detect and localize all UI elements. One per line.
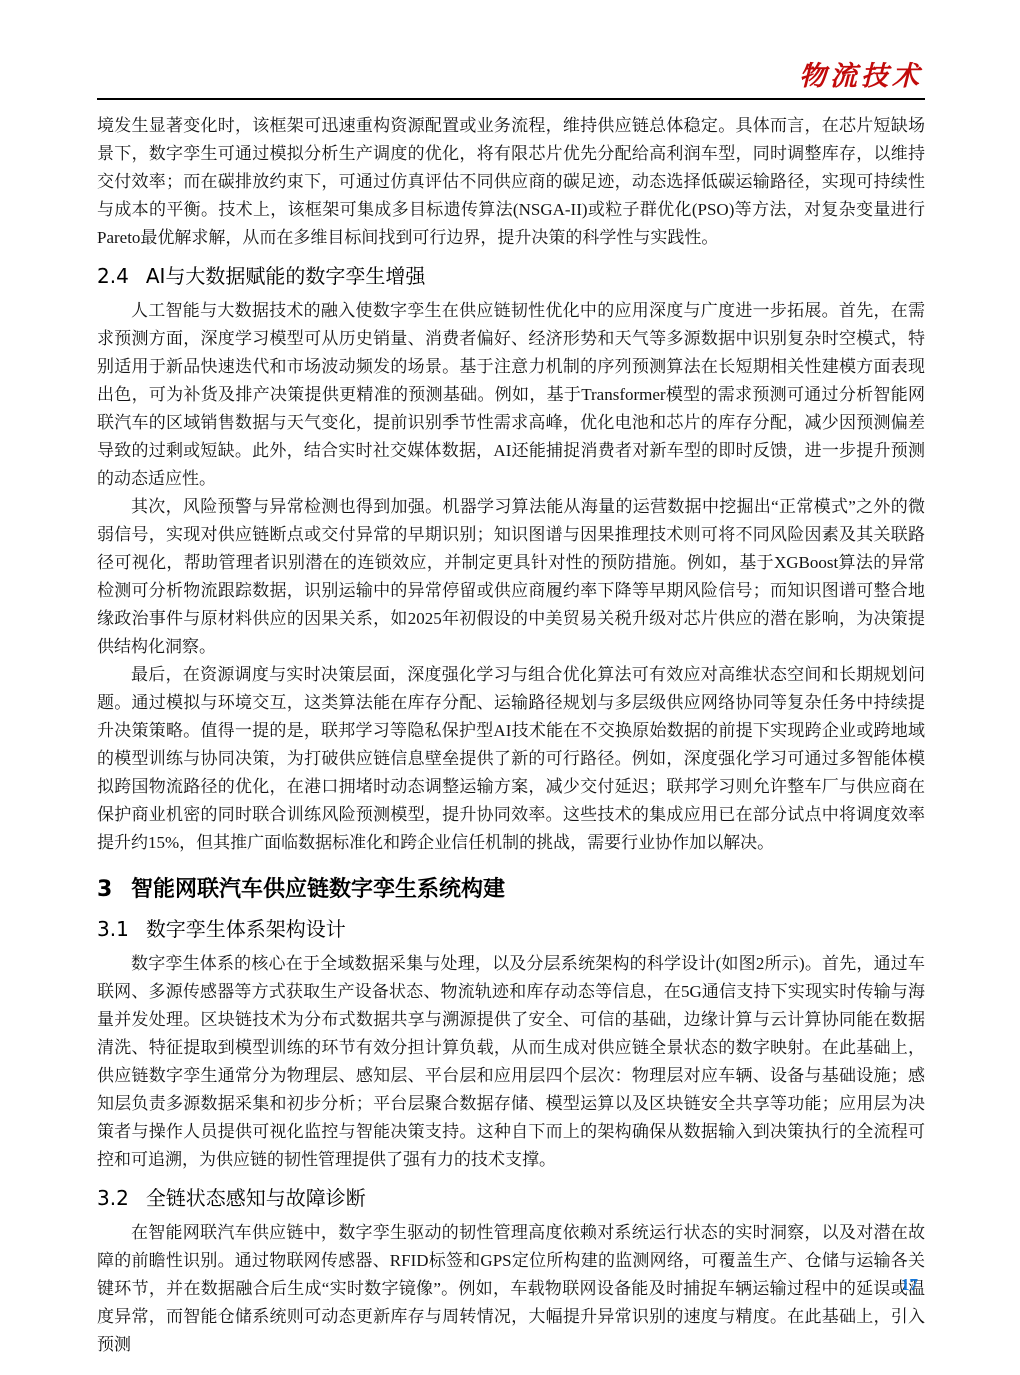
- journal-masthead-title: 物流技术: [97, 62, 925, 92]
- section-number: 3: [97, 877, 112, 902]
- section-number: 3.2: [97, 1186, 129, 1210]
- section-heading-2.4: 2.4AI与大数据赋能的数字孪生增强: [97, 264, 925, 288]
- paragraph: 在智能网联汽车供应链中，数字孪生驱动的韧性管理高度依赖对系统运行状态的实时洞察，…: [97, 1219, 925, 1359]
- page-footer: 17: [901, 1275, 918, 1295]
- section-title: 全链状态感知与故障诊断: [146, 1186, 366, 1210]
- paragraph: 最后，在资源调度与实时决策层面，深度强化学习与组合优化算法可有效应对高维状态空间…: [97, 661, 925, 857]
- section-title: 智能网联汽车供应链数字孪生系统构建: [131, 877, 505, 902]
- page-number: 17: [901, 1275, 918, 1294]
- section-heading-3.1: 3.1数字孪生体系架构设计: [97, 917, 925, 941]
- page-header: 物流技术: [97, 62, 925, 100]
- header-rule: [97, 98, 925, 100]
- section-heading-3: 3智能网联汽车供应链数字孪生系统构建: [97, 877, 925, 903]
- paragraph: 其次，风险预警与异常检测也得到加强。机器学习算法能从海量的运营数据中挖掘出“正常…: [97, 493, 925, 661]
- document-page: 物流技术 境发生显著变化时，该框架可迅速重构资源配置或业务流程，维持供应链总体稳…: [0, 0, 1020, 1375]
- paragraph: 境发生显著变化时，该框架可迅速重构资源配置或业务流程，维持供应链总体稳定。具体而…: [97, 112, 925, 252]
- section-title: 数字孪生体系架构设计: [146, 917, 346, 941]
- paragraph: 数字孪生体系的核心在于全域数据采集与处理，以及分层系统架构的科学设计(如图2所示…: [97, 950, 925, 1174]
- page-content: 境发生显著变化时，该框架可迅速重构资源配置或业务流程，维持供应链总体稳定。具体而…: [97, 112, 925, 1359]
- section-number: 2.4: [97, 264, 129, 288]
- paragraph: 人工智能与大数据技术的融入使数字孪生在供应链韧性优化中的应用深度与广度进一步拓展…: [97, 297, 925, 493]
- section-title: AI与大数据赋能的数字孪生增强: [146, 264, 426, 288]
- section-number: 3.1: [97, 917, 129, 941]
- section-heading-3.2: 3.2全链状态感知与故障诊断: [97, 1186, 925, 1210]
